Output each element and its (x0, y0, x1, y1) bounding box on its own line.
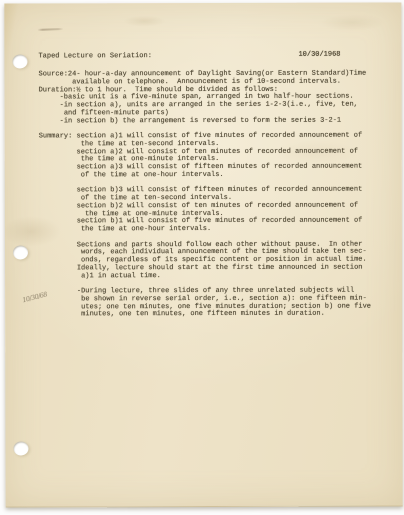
punch-hole-middle (13, 245, 28, 259)
pencil-mark (37, 28, 63, 31)
typed-line: -in section b) the arrangement is revers… (39, 117, 371, 126)
paper-sheet: 10/30/68 Taped Lecture on Seriation: 10/… (4, 2, 402, 507)
document-header: Taped Lecture on Seriation: 10/30/1968 (38, 52, 378, 63)
punch-hole-bottom (13, 441, 28, 455)
document-title: Taped Lecture on Seriation: (38, 52, 151, 60)
document-date: 10/30/1968 (298, 51, 340, 59)
document-body: Source:24- hour-a-day announcement of Da… (39, 71, 372, 320)
typed-line: minutes, one ten minutes, one fifteen mi… (39, 311, 371, 320)
punch-hole-top (12, 54, 27, 68)
scanned-document: 10/30/68 Taped Lecture on Seriation: 10/… (0, 0, 404, 515)
